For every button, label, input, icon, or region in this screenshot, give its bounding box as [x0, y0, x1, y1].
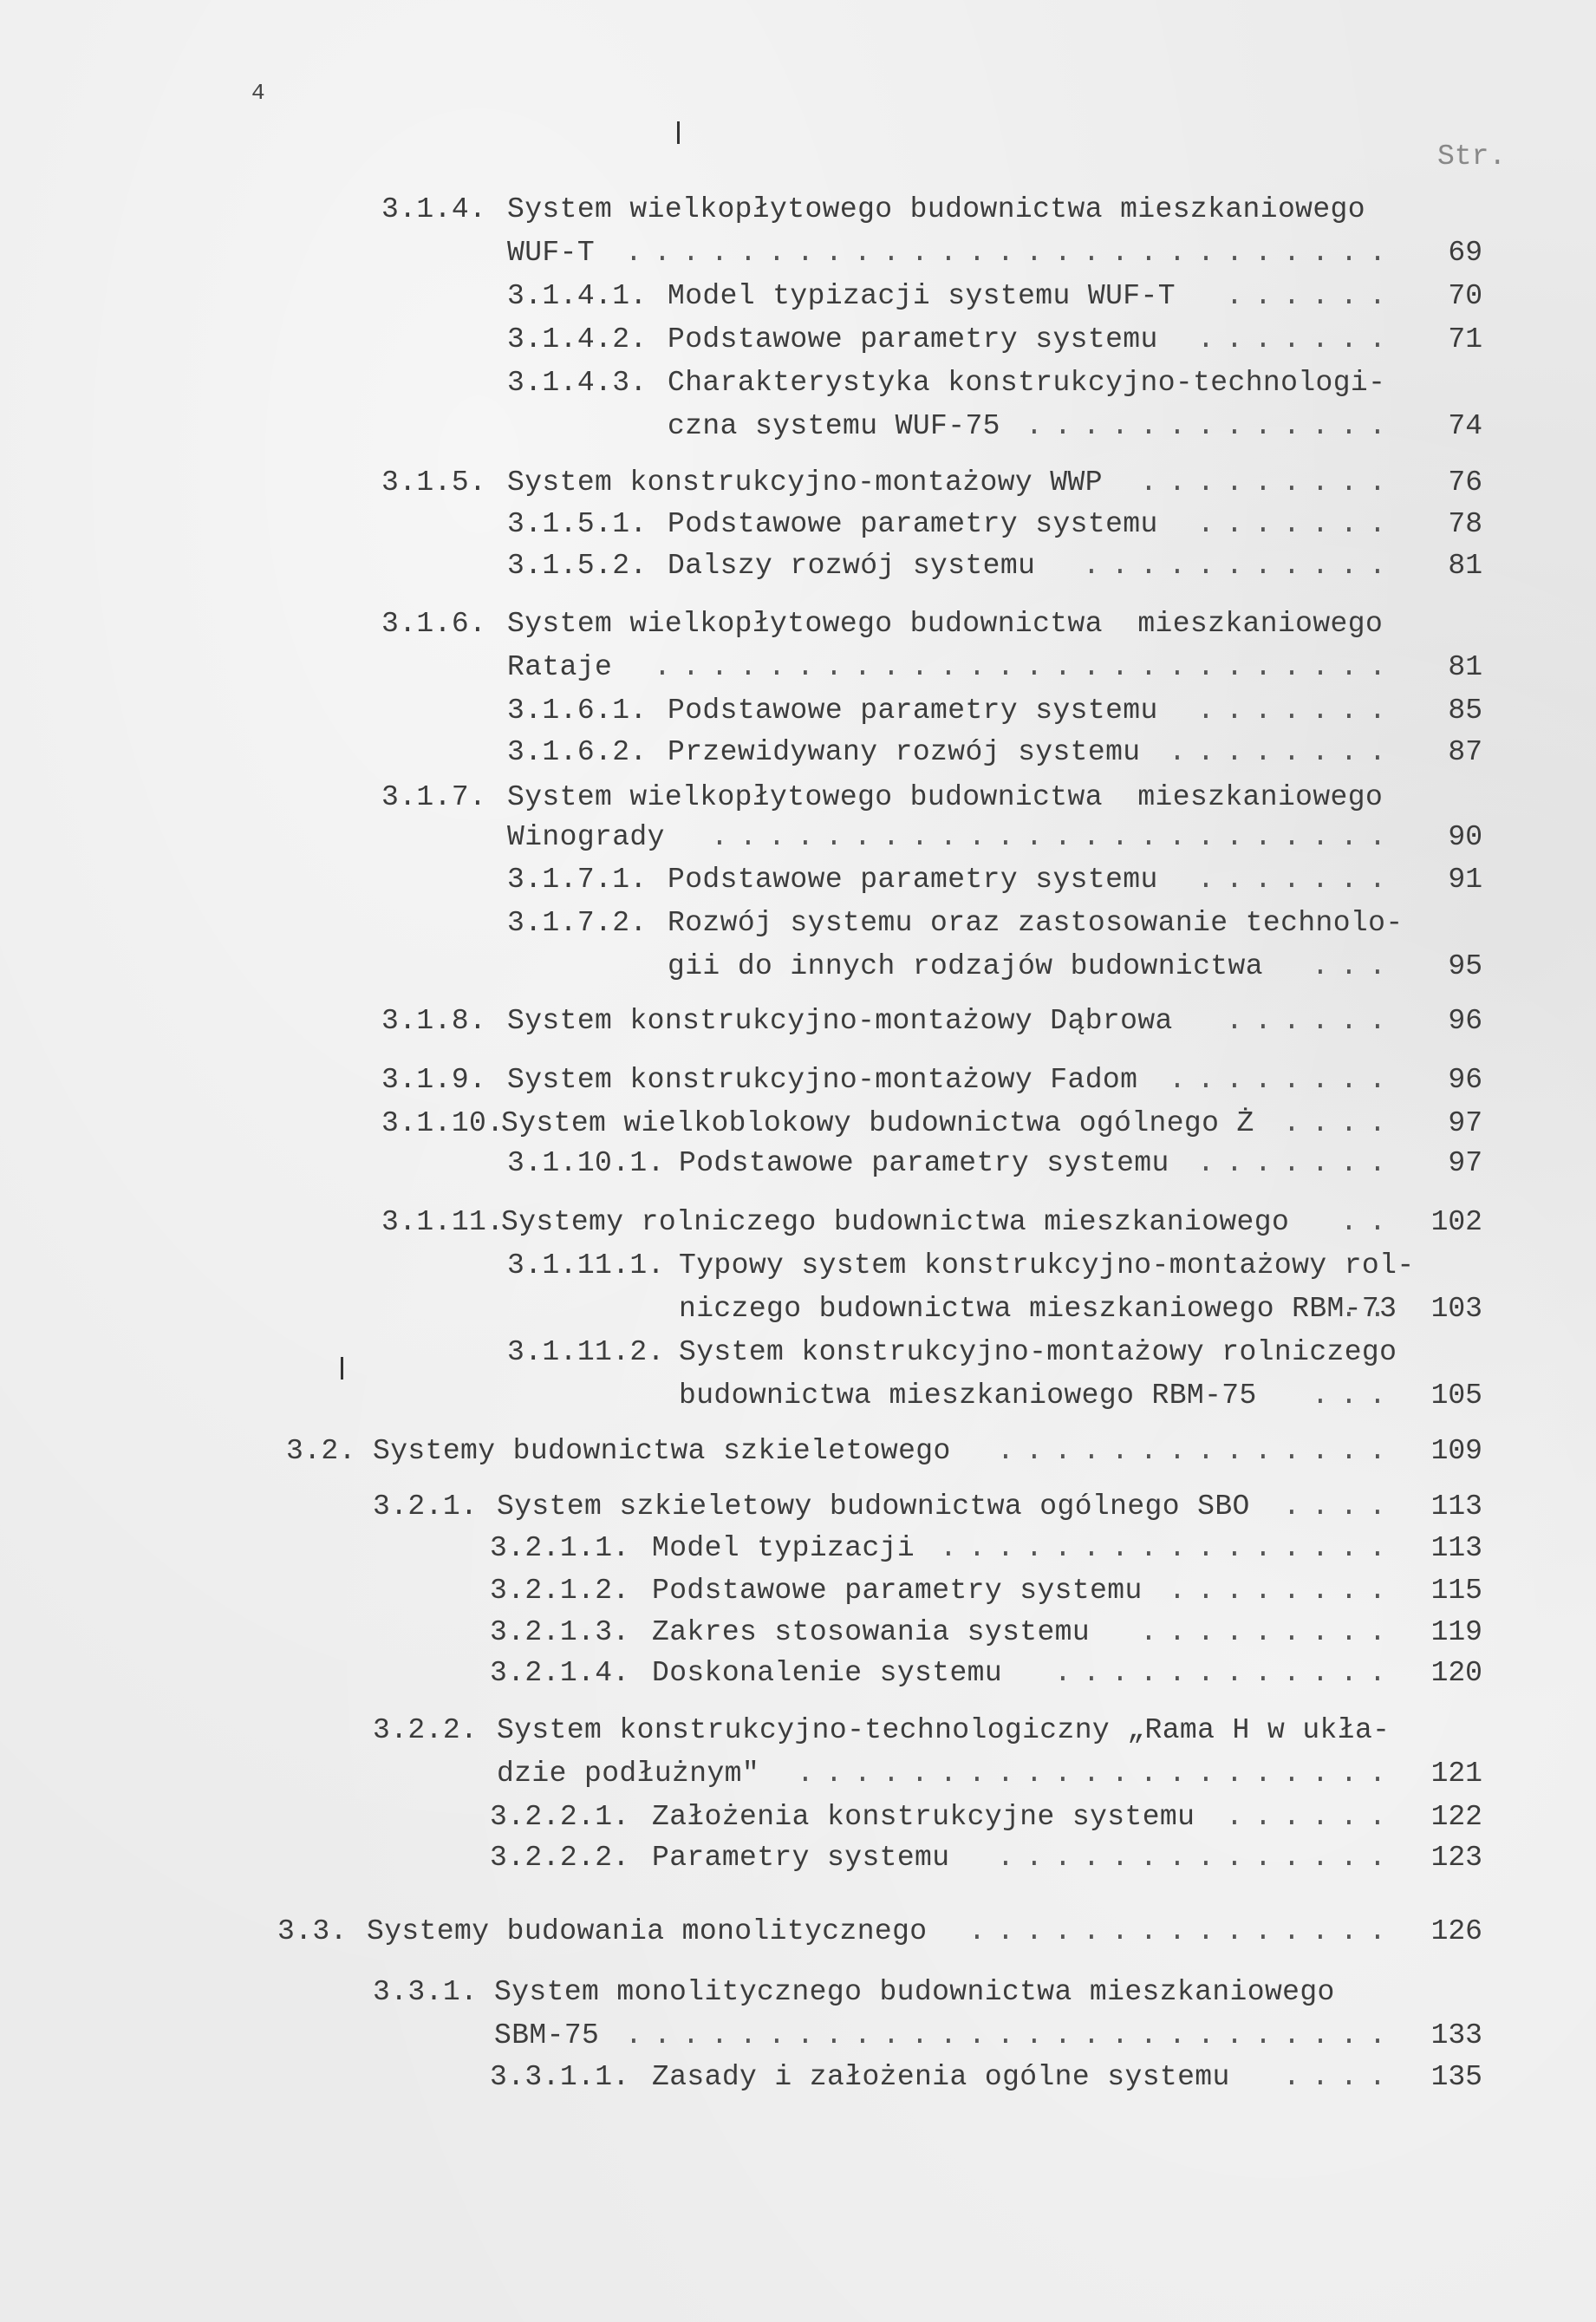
toc-entry-number: 3.2.	[286, 1434, 356, 1469]
toc-entry-page: 126	[1378, 1914, 1482, 1949]
toc-entry-number: 3.1.5.1.	[507, 507, 648, 542]
toc-entry-number: 3.1.10.1.	[507, 1146, 665, 1181]
toc-entry-number: 3.1.7.2.	[507, 906, 648, 941]
toc-entry-title: System wielkopłytowego budownictwa miesz…	[507, 607, 1383, 642]
toc-entry-title: Parametry systemu	[652, 1841, 949, 1875]
scan-mark	[677, 121, 680, 144]
toc-entry-number: 3.1.4.1.	[507, 279, 648, 314]
toc-entry-number: 3.1.4.	[381, 192, 486, 227]
dot-leader: .............	[1026, 409, 1397, 444]
toc-entry-page: 115	[1378, 1574, 1482, 1608]
toc-entry-page: 122	[1378, 1800, 1482, 1835]
toc-entry-page: 102	[1378, 1205, 1482, 1240]
toc-entry-page: 85	[1378, 694, 1482, 728]
toc-entry-title: Systemy rolniczego budownictwa mieszkani…	[501, 1205, 1289, 1240]
toc-entry-title: czna systemu WUF-75	[668, 409, 1000, 444]
toc-entry-page: 113	[1378, 1531, 1482, 1566]
toc-entry-title: Model typizacji systemu WUF-T	[668, 279, 1176, 314]
toc-entry-number: 3.2.2.1.	[490, 1800, 630, 1835]
toc-entry-page: 81	[1378, 650, 1482, 685]
page-column-header: Str.	[1437, 140, 1506, 173]
dot-leader: ......	[1226, 1800, 1397, 1835]
toc-entry-title: System wielkoblokowy budownictwa ogólneg…	[501, 1106, 1254, 1141]
toc-entry-number: 3.1.11.2.	[507, 1335, 665, 1370]
toc-entry-page: 95	[1378, 949, 1482, 984]
toc-entry-page: 90	[1378, 820, 1482, 855]
toc-entry-page: 135	[1378, 2060, 1482, 2095]
dot-leader: ........................	[711, 820, 1397, 855]
toc-entry-number: 3.1.10.	[381, 1106, 504, 1141]
toc-entry-title: System konstrukcyjno-montażowy Fadom	[507, 1063, 1137, 1098]
toc-entry-title: Założenia konstrukcyjne systemu	[652, 1800, 1195, 1835]
toc-entry-page: 87	[1378, 735, 1482, 770]
toc-entry-number: 3.2.1.4.	[490, 1656, 630, 1691]
toc-entry-title: Rataje	[507, 650, 612, 685]
toc-entry-number: 3.1.7.1.	[507, 863, 648, 897]
toc-entry-page: 71	[1378, 323, 1482, 357]
dot-leader: .......	[1197, 863, 1397, 897]
toc-entry-number: 3.3.1.	[373, 1975, 478, 2010]
toc-entry-page: 69	[1378, 236, 1482, 271]
dot-leader: ..........................	[654, 650, 1397, 685]
toc-entry-number: 3.1.4.3.	[507, 366, 648, 401]
dot-leader: ........	[1169, 1063, 1397, 1098]
toc-entry-title: gii do innych rodzajów budownictwa	[668, 949, 1263, 984]
toc-entry-page: 105	[1378, 1379, 1482, 1413]
toc-entry-number: 3.3.	[277, 1914, 348, 1949]
dot-leader: ........	[1169, 735, 1397, 770]
toc-entry-title: budownictwa mieszkaniowego RBM-75	[679, 1379, 1257, 1413]
toc-entry-page: 78	[1378, 507, 1482, 542]
toc-entry-page: 81	[1378, 549, 1482, 584]
toc-entry-page: 74	[1378, 409, 1482, 444]
scan-mark	[341, 1357, 343, 1380]
dot-leader: .......	[1197, 694, 1397, 728]
toc-entry-title: Przewidywany rozwój systemu	[668, 735, 1141, 770]
toc-entry-page: 96	[1378, 1004, 1482, 1039]
toc-entry-number: 3.1.11.1.	[507, 1249, 665, 1283]
toc-entry-page: 133	[1378, 2019, 1482, 2053]
dot-leader: ..............	[997, 1434, 1397, 1469]
toc-entry-number: 3.2.1.2.	[490, 1574, 630, 1608]
toc-entry-title: Systemy budownictwa szkieletowego	[373, 1434, 951, 1469]
dot-leader: ...............	[968, 1914, 1397, 1949]
toc-entry-page: 109	[1378, 1434, 1482, 1469]
toc-entry-title: Doskonalenie systemu	[652, 1656, 1002, 1691]
toc-entry-page: 76	[1378, 466, 1482, 500]
toc-entry-number: 3.1.6.1.	[507, 694, 648, 728]
dot-leader: .........	[1140, 466, 1397, 500]
toc-entry-page: 97	[1378, 1106, 1482, 1141]
toc-entry-page: 113	[1378, 1490, 1482, 1524]
dot-leader: ........	[1169, 1574, 1397, 1608]
toc-entry-title: dzie podłużnym"	[497, 1757, 759, 1791]
toc-entry-title: niczego budownictwa mieszkaniowego RBM-7…	[679, 1292, 1397, 1327]
dot-leader: .......	[1197, 323, 1397, 357]
toc-entry-page: 103	[1378, 1292, 1482, 1327]
dot-leader: .......	[1197, 507, 1397, 542]
page-number: 4	[251, 80, 265, 106]
toc-entry-page: 96	[1378, 1063, 1482, 1098]
toc-entry-title: System szkieletowy budownictwa ogólnego …	[497, 1490, 1250, 1524]
toc-entry-title: Systemy budowania monolitycznego	[367, 1914, 928, 1949]
toc-entry-title: Podstawowe parametry systemu	[679, 1146, 1169, 1181]
toc-entry-number: 3.2.1.	[373, 1490, 478, 1524]
toc-entry-number: 3.3.1.1.	[490, 2060, 630, 2095]
toc-entry-title: Podstawowe parametry systemu	[668, 694, 1158, 728]
toc-entry-page: 119	[1378, 1615, 1482, 1650]
dot-leader: .........	[1140, 1615, 1397, 1650]
toc-entry-number: 3.1.11.	[381, 1205, 504, 1240]
dot-leader: ................	[940, 1531, 1397, 1566]
toc-entry-number: 3.1.5.2.	[507, 549, 648, 584]
toc-entry-title: Dalszy rozwój systemu	[668, 549, 1035, 584]
toc-entry-number: 3.1.4.2.	[507, 323, 648, 357]
toc-entry-number: 3.1.5.	[381, 466, 486, 500]
toc-entry-number: 3.2.2.2.	[490, 1841, 630, 1875]
dot-leader: .......	[1197, 1146, 1397, 1181]
toc-entry-title: Podstawowe parametry systemu	[668, 507, 1158, 542]
toc-entry-title: Typowy system konstrukcyjno-montażowy ro…	[679, 1249, 1415, 1283]
dot-leader: ............	[1054, 1656, 1397, 1691]
dot-leader: ......	[1226, 279, 1397, 314]
toc-entry-title: Zasady i założenia ogólne systemu	[652, 2060, 1230, 2095]
dot-leader: ......	[1226, 1004, 1397, 1039]
toc-entry-title: Zakres stosowania systemu	[652, 1615, 1090, 1650]
toc-entry-number: 3.1.7.	[381, 780, 486, 815]
dot-leader: ...........	[1083, 549, 1397, 584]
toc-entry-title: System konstrukcyjno-technologiczny „Ram…	[497, 1713, 1390, 1748]
toc-entry-title: Charakterystyka konstrukcyjno-technologi…	[668, 366, 1385, 401]
toc-entry-number: 3.2.1.3.	[490, 1615, 630, 1650]
toc-entry-page: 97	[1378, 1146, 1482, 1181]
toc-entry-number: 3.2.2.	[373, 1713, 478, 1748]
toc-entry-title: System wielkopłytowego budownictwa miesz…	[507, 192, 1365, 227]
toc-entry-title: System konstrukcyjno-montażowy WWP	[507, 466, 1103, 500]
toc-entry-title: Rozwój systemu oraz zastosowanie technol…	[668, 906, 1404, 941]
toc-entry-page: 120	[1378, 1656, 1482, 1691]
toc-entry-title: Winogrady	[507, 820, 665, 855]
toc-entry-title: Podstawowe parametry systemu	[668, 323, 1158, 357]
dot-leader: .....................	[797, 1757, 1397, 1791]
dot-leader: ...........................	[625, 2019, 1397, 2053]
toc-entry-title: Podstawowe parametry systemu	[668, 863, 1158, 897]
toc-entry-title: WUF-T	[507, 236, 595, 271]
toc-entry-title: Podstawowe parametry systemu	[652, 1574, 1143, 1608]
toc-entry-number: 3.2.1.1.	[490, 1531, 630, 1566]
toc-entry-title: System monolitycznego budownictwa mieszk…	[494, 1975, 1335, 2010]
toc-entry-page: 123	[1378, 1841, 1482, 1875]
toc-entry-page: 121	[1378, 1757, 1482, 1791]
toc-entry-number: 3.1.6.	[381, 607, 486, 642]
toc-entry-page: 91	[1378, 863, 1482, 897]
toc-entry-title: SBM-75	[494, 2019, 599, 2053]
toc-entry-page: 70	[1378, 279, 1482, 314]
toc-entry-title: System wielkopłytowego budownictwa miesz…	[507, 780, 1383, 815]
toc-entry-number: 3.1.8.	[381, 1004, 486, 1039]
dot-leader: ..............	[997, 1841, 1397, 1875]
toc-entry-number: 3.1.9.	[381, 1063, 486, 1098]
toc-entry-number: 3.1.6.2.	[507, 735, 648, 770]
toc-entry-title: System konstrukcyjno-montażowy Dąbrowa	[507, 1004, 1173, 1039]
dot-leader: ...........................	[625, 236, 1397, 271]
toc-entry-title: System konstrukcyjno-montażowy rolniczeg…	[679, 1335, 1397, 1370]
toc-entry-title: Model typizacji	[652, 1531, 915, 1566]
